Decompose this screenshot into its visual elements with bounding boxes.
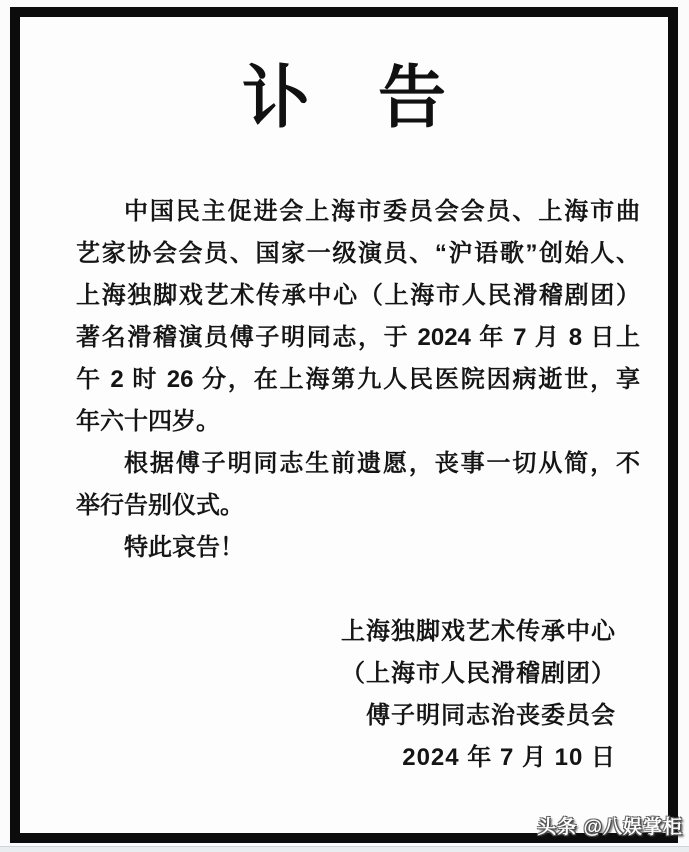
signature-line: （上海市人民滑稽剧团） xyxy=(20,653,616,695)
body-line: 中国民主促进会上海市委员会会员、上海市曲 xyxy=(76,191,640,233)
signature-line: 上海独脚戏艺术传承中心 xyxy=(20,611,616,653)
notice-frame: 讣 告 中国民主促进会上海市委员会会员、上海市曲艺家协会会员、国家一级演员、“沪… xyxy=(10,7,678,843)
body-line: 根据傅子明同志生前遗愿，丧事一切从简，不 xyxy=(76,443,640,485)
signature-line: 傅子明同志治丧委员会 xyxy=(20,695,616,737)
obituary-photo: 讣 告 中国民主促进会上海市委员会会员、上海市曲艺家协会会员、国家一级演员、“沪… xyxy=(0,0,689,852)
signature-block: 上海独脚戏艺术传承中心（上海市人民滑稽剧团）傅子明同志治丧委员会2024 年 7… xyxy=(20,611,668,779)
bottom-strip xyxy=(0,846,689,852)
notice-body: 中国民主促进会上海市委员会会员、上海市曲艺家协会会员、国家一级演员、“沪语歌”创… xyxy=(20,191,668,569)
body-line: 年六十四岁。 xyxy=(76,401,640,443)
body-line: 艺家协会会员、国家一级演员、“沪语歌”创始人、 xyxy=(76,233,640,275)
body-line: 上海独脚戏艺术传承中心（上海市人民滑稽剧团） xyxy=(76,275,640,317)
body-line: 特此哀告！ xyxy=(76,527,640,569)
signature-line: 2024 年 7 月 10 日 xyxy=(20,737,616,779)
body-line: 举行告别仪式。 xyxy=(76,485,640,527)
body-line: 著名滑稽演员傅子明同志，于 2024 年 7 月 8 日上 xyxy=(76,317,640,359)
watermark-text: 头条 @八娱掌柜 xyxy=(537,812,683,839)
body-line: 午 2 时 26 分，在上海第九人民医院因病逝世，享 xyxy=(76,359,640,401)
notice-title: 讣 告 xyxy=(20,55,668,141)
